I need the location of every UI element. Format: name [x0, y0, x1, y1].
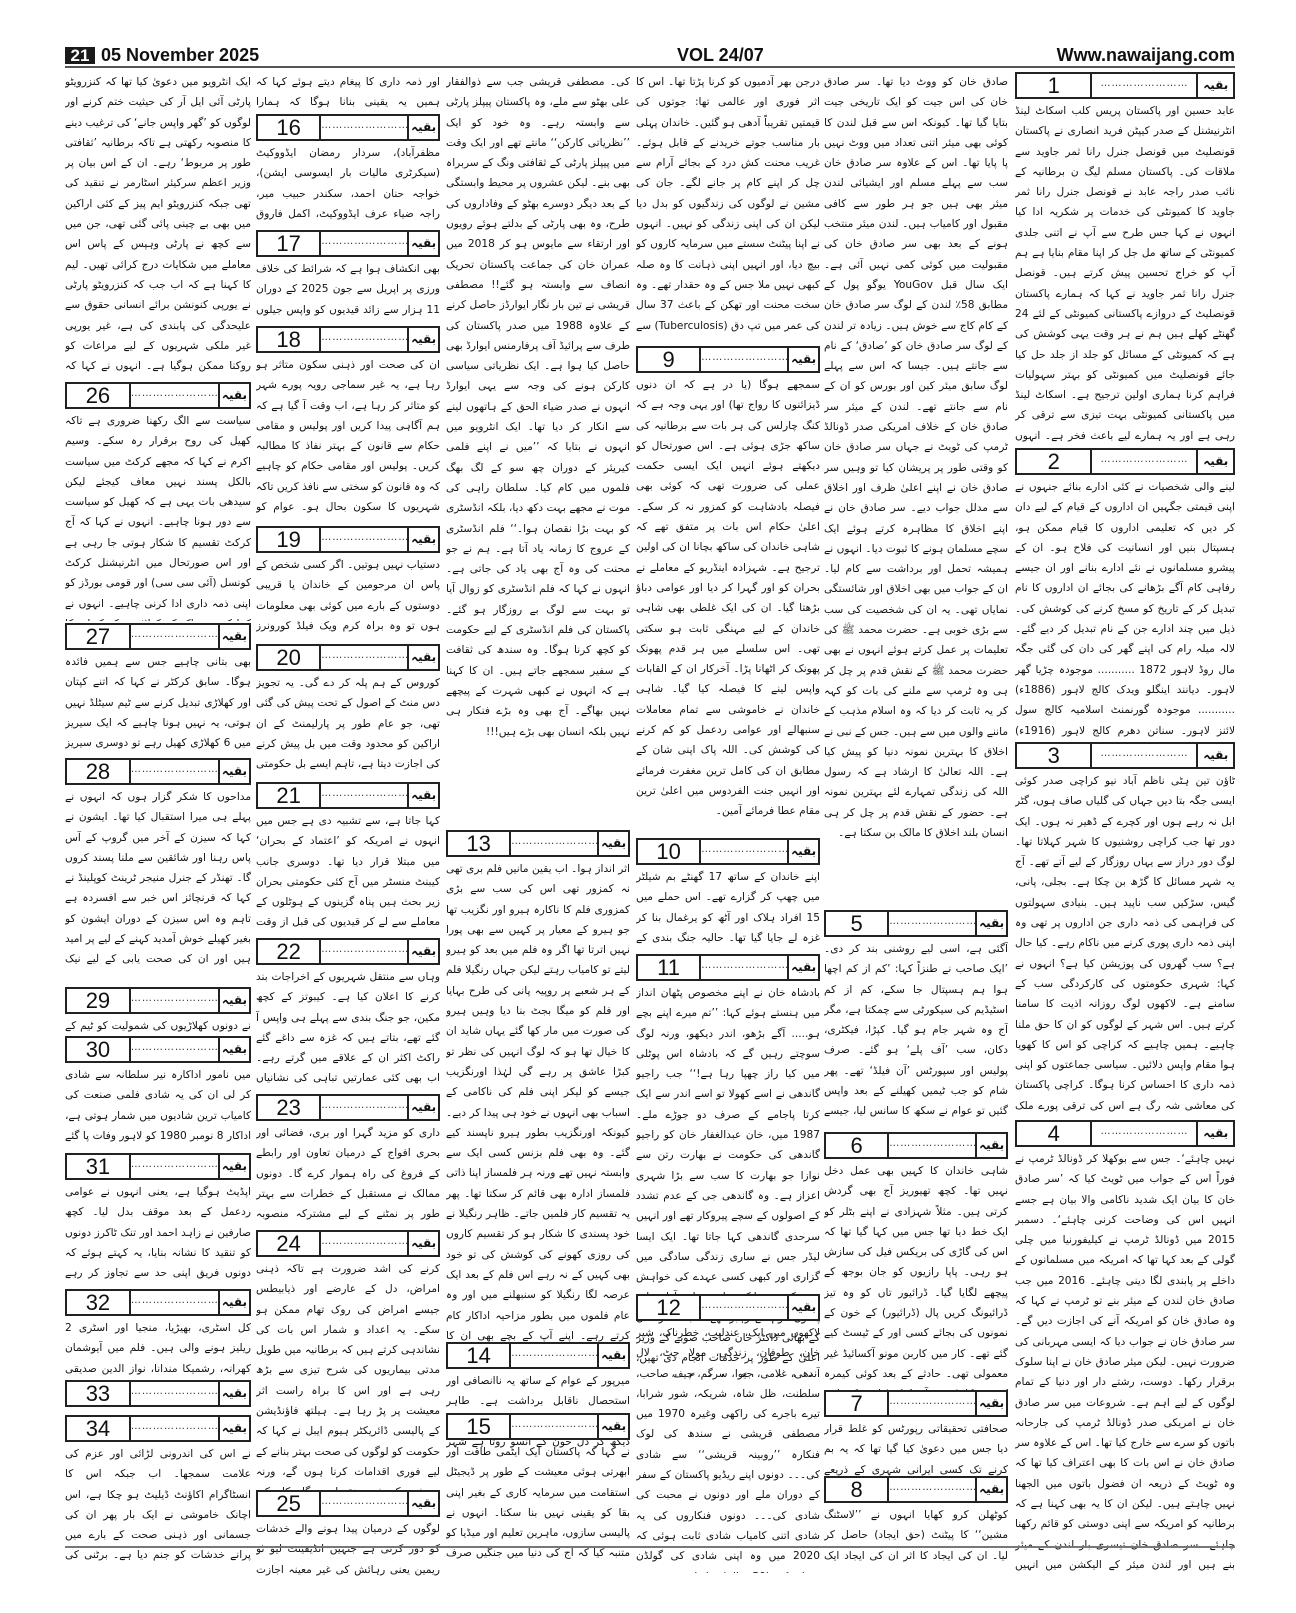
column-3: کی۔ مصطفی قریشی جب سے ذوالفقار علی بھٹو … [446, 70, 630, 1540]
article-text: ان کی صحت اور ذہنی سکون متاثر ہو رہا ہے،… [256, 355, 440, 521]
dotted-line: …………………… [321, 1096, 409, 1119]
dotted-line: …………………… [321, 328, 409, 351]
continued-label: بقیہ [789, 956, 818, 979]
continued-box-5: 5……………………بقیہ [824, 910, 1008, 937]
continued-box-30: 30……………………بقیہ [65, 1036, 251, 1063]
article-text: اثر انداز ہوا۔ اب یقین مانیں فلم بری تھی… [446, 859, 630, 1343]
continued-number: 22 [258, 940, 321, 963]
continued-label: بقیہ [220, 989, 249, 1012]
continued-box-9: 9……………………بقیہ [636, 346, 820, 373]
continued-box-15: 15……………………بقیہ [446, 1413, 630, 1440]
dotted-line: …………………… [511, 832, 599, 855]
article-text: صحافتی تحقیقاتی رپورٹس کو غلط قرار دیا ج… [824, 1419, 1008, 1481]
continued-label: بقیہ [977, 912, 1006, 935]
continued-box-20: 20……………………بقیہ [256, 644, 440, 671]
continued-label: بقیہ [789, 1296, 818, 1319]
article-text: اور ذمہ داری کا پیغام دیتے ہوئے کہا کہ ہ… [256, 72, 440, 112]
continued-box-1: 1……………………بقیہ [1015, 72, 1235, 99]
continued-label: بقیہ [977, 1392, 1006, 1415]
continued-box-4: 4……………………بقیہ [1015, 1120, 1235, 1147]
continued-number: 8 [826, 1478, 889, 1501]
column-2: اور ذمہ داری کا پیغام دیتے ہوئے کہا کہ ہ… [256, 70, 440, 1540]
continued-box-7: 7……………………بقیہ [824, 1390, 1008, 1417]
article-text: دستیاب نہیں ہوتیں۔ اگر کسی شخص کے پاس ان… [256, 555, 440, 639]
continued-label: بقیہ [220, 1417, 249, 1440]
article-text: ٹاؤن تین ہٹی ناظم آباد نیو کراچی صدر کوئ… [1015, 771, 1235, 1113]
continued-label: بقیہ [599, 832, 628, 855]
continued-box-12: 12……………………بقیہ [636, 1294, 820, 1321]
continued-box-33: 33……………………بقیہ [65, 1380, 251, 1407]
dotted-line: …………………… [701, 1296, 789, 1319]
continued-label: بقیہ [220, 1155, 249, 1178]
continued-label: بقیہ [409, 1492, 438, 1515]
bottom-rule [65, 1546, 1235, 1548]
continued-box-10: 10……………………بقیہ [636, 838, 820, 865]
dotted-line: …………………… [1092, 74, 1198, 97]
continued-number: 16 [258, 116, 321, 139]
dotted-line: …………………… [1092, 744, 1198, 767]
dotted-line: …………………… [321, 232, 409, 255]
continued-number: 29 [67, 989, 131, 1012]
continued-number: 17 [258, 232, 321, 255]
continued-number: 26 [67, 384, 131, 407]
article-text: سیاست سے الگ رکھنا ضروری ہے تاکہ کھیل کی… [65, 411, 251, 621]
continued-box-8: 8……………………بقیہ [824, 1476, 1008, 1503]
continued-box-6: 6……………………بقیہ [824, 1132, 1008, 1159]
article-text: کہا جاتا ہے، سے تشبیہ دی ہے جس میں انہوں… [256, 811, 440, 935]
dotted-line: …………………… [889, 912, 977, 935]
continued-label: بقیہ [789, 840, 818, 863]
article-text: مظفرآباد)، سردار رمضان ایڈووکیٹ (سیکرٹری… [256, 143, 440, 227]
continued-label: بقیہ [977, 1478, 1006, 1501]
continued-box-32: 32……………………بقیہ [65, 1289, 251, 1316]
dotted-line: …………………… [131, 1155, 220, 1178]
continued-label: بقیہ [409, 784, 438, 807]
continued-number: 7 [826, 1392, 889, 1415]
continued-box-26: 26……………………بقیہ [65, 382, 251, 409]
article-text: میں نامور اداکارہ نیر سلطانہ سے شادی کر … [65, 1065, 251, 1149]
continued-box-27: 27……………………بقیہ [65, 623, 251, 650]
article-text: کوروس کے ہم پلہ کر دے گی۔ یہ تجویز دس من… [256, 673, 440, 777]
continued-box-2: 2……………………بقیہ [1015, 448, 1235, 475]
dotted-line: …………………… [511, 1344, 599, 1367]
continued-box-17: 17……………………بقیہ [256, 230, 440, 257]
website-link[interactable]: Www.nawaijang.com [1057, 46, 1235, 65]
issue-date: 05 November 2025 [101, 46, 259, 65]
continued-label: بقیہ [1198, 744, 1233, 767]
continued-number: 19 [258, 528, 321, 551]
dotted-line: …………………… [701, 348, 789, 371]
column-1: ایک انٹرویو میں دعویٰ کیا تھا کہ کنزرویٹ… [65, 70, 251, 1540]
article-text: کی۔ مصطفی قریشی جب سے ذوالفقار علی بھٹو … [446, 72, 630, 826]
continued-box-22: 22……………………بقیہ [256, 938, 440, 965]
dotted-line: …………………… [131, 989, 220, 1012]
continued-number: 31 [67, 1155, 131, 1178]
continued-number: 13 [448, 832, 511, 855]
continued-box-28: 28……………………بقیہ [65, 758, 251, 785]
continued-number: 27 [67, 625, 131, 648]
column-4: درجن بھر آدمیوں کو کرنا پڑتا تھا۔ اس کا … [636, 70, 820, 1540]
article-text: کرنے کی اشد ضرورت ہے تاکہ ذہنی امراض، دل… [256, 1259, 440, 1495]
article-text: مداحوں کا شکر گزار ہوں کہ انہوں نے پہلے … [65, 787, 251, 967]
continued-box-25: 25……………………بقیہ [256, 1490, 440, 1517]
dotted-line: …………………… [131, 1417, 220, 1440]
continued-label: بقیہ [1198, 450, 1233, 473]
article-text: لاکھوں میں ایک، عندلیب، خطرناک، شیر خان،… [636, 1323, 820, 1573]
continued-label: بقیہ [220, 625, 249, 648]
dotted-line: …………………… [889, 1392, 977, 1415]
dotted-line: …………………… [131, 1038, 220, 1061]
continued-number: 11 [638, 956, 701, 979]
volume-label: VOL 24/07 [677, 46, 764, 65]
page-number: 21 [65, 47, 95, 64]
article-text: شاہی خاندان کا کہیں بھی عمل دخل نہیں تھا… [824, 1161, 1008, 1395]
continued-box-18: 18……………………بقیہ [256, 326, 440, 353]
article-text: آگئی ہے، اسی لیے روشنی بند کر دی۔ ’ایک ص… [824, 939, 1008, 1125]
article-text: کوٹھلن کرو کھایا انہوں نے ’’لاسٹنگ مشین‘… [824, 1505, 1008, 1567]
dotted-line: …………………… [511, 1415, 599, 1438]
continued-box-21: 21……………………بقیہ [256, 782, 440, 809]
dotted-line: …………………… [321, 646, 409, 669]
dotted-line: …………………… [321, 1492, 409, 1515]
dotted-line: …………………… [701, 840, 789, 863]
continued-label: بقیہ [977, 1134, 1006, 1157]
dotted-line: …………………… [321, 116, 409, 139]
continued-box-16: 16……………………بقیہ [256, 114, 440, 141]
continued-label: بقیہ [599, 1344, 628, 1367]
dotted-line: …………………… [131, 760, 220, 783]
dotted-line: …………………… [1092, 450, 1198, 473]
continued-box-29: 29……………………بقیہ [65, 987, 251, 1014]
continued-number: 18 [258, 328, 321, 351]
continued-label: بقیہ [220, 760, 249, 783]
article-text: اپنے خاندان کے ساتھ 17 گھنٹے بم شیلٹر می… [636, 867, 820, 951]
dotted-line: …………………… [131, 625, 220, 648]
article-text: صادق خان کو ووٹ دیا تھا۔ سر صادق خان کی … [824, 72, 1008, 892]
continued-label: بقیہ [409, 1096, 438, 1119]
continued-label: بقیہ [220, 384, 249, 407]
continued-number: 15 [448, 1415, 511, 1438]
continued-number: 10 [638, 840, 701, 863]
continued-number: 34 [67, 1417, 131, 1440]
article-text: ایک انٹرویو میں دعویٰ کیا تھا کہ کنزرویٹ… [65, 72, 251, 380]
continued-box-3: 3……………………بقیہ [1015, 742, 1235, 769]
continued-number: 32 [67, 1291, 131, 1314]
continued-number: 33 [67, 1382, 131, 1405]
dotted-line: …………………… [321, 528, 409, 551]
dotted-line: …………………… [131, 1382, 220, 1405]
article-text: درجن بھر آدمیوں کو کرنا پڑتا تھا۔ اس کا … [636, 72, 820, 332]
continued-number: 14 [448, 1344, 511, 1367]
continued-label: بقیہ [409, 328, 438, 351]
article-text: لوگوں کے درمیان پیدا ہونے والے خدشات کو … [256, 1519, 440, 1581]
dotted-line: …………………… [321, 784, 409, 807]
continued-number: 20 [258, 646, 321, 669]
continued-label: بقیہ [409, 1232, 438, 1255]
continued-label: بقیہ [220, 1038, 249, 1061]
article-text: لینے والی شخصیات نے کئی ادارے بنائے جنہو… [1015, 477, 1235, 741]
column-5: صادق خان کو ووٹ دیا تھا۔ سر صادق خان کی … [824, 70, 1008, 1540]
article-text: کل اسٹری، بھیڑیا، منجیا اور اسٹری 2 ریلی… [65, 1318, 251, 1380]
column-6: 1……………………بقیہ عابد حسین اور پاکستان پریس… [1015, 70, 1235, 1540]
article-text: عابد حسین اور پاکستان پریس کلب اسکاٹ لین… [1015, 101, 1235, 443]
continued-label: بقیہ [409, 940, 438, 963]
page-header: 21 05 November 2025 VOL 24/07 Www.nawaij… [65, 46, 1235, 68]
continued-number: 25 [258, 1492, 321, 1515]
dotted-line: …………………… [889, 1478, 977, 1501]
continued-box-14: 14……………………بقیہ [446, 1342, 630, 1369]
continued-box-34: 34……………………بقیہ [65, 1415, 251, 1442]
continued-number: 12 [638, 1296, 701, 1319]
continued-number: 23 [258, 1096, 321, 1119]
article-text: نہیں چاہئے‘۔ جس سے بوکھلا کر ڈونالڈ ٹرمپ… [1015, 1149, 1235, 1573]
article-text: سمجھے ہوگا (یا در ہے کہ ان دنوں ڈیزائنوں… [636, 375, 820, 835]
continued-label: بقیہ [599, 1415, 628, 1438]
dotted-line: …………………… [321, 940, 409, 963]
continued-number: 24 [258, 1232, 321, 1255]
dotted-line: …………………… [889, 1134, 977, 1157]
article-text: وہاں سے منتقل شہریوں کے اخراجات بند کرنے… [256, 967, 440, 1091]
continued-box-11: 11……………………بقیہ [636, 954, 820, 981]
continued-number: 3 [1017, 744, 1092, 767]
continued-number: 5 [826, 912, 889, 935]
continued-box-19: 19……………………بقیہ [256, 526, 440, 553]
article-text: نے اس کی اندرونی لڑائی اور عزم کی علامت … [65, 1444, 251, 1568]
continued-number: 2 [1017, 450, 1092, 473]
continued-number: 21 [258, 784, 321, 807]
continued-label: بقیہ [1198, 74, 1233, 97]
article-text: بھی انکشاف ہوا ہے کہ شرائط کی خلاف ورزی … [256, 259, 440, 321]
continued-label: بقیہ [220, 1382, 249, 1405]
continued-label: بقیہ [409, 528, 438, 551]
article-text: داری کو مزید گہرا اور بری، فضائی اور بحر… [256, 1123, 440, 1227]
dotted-line: …………………… [1092, 1122, 1198, 1145]
continued-box-13: 13……………………بقیہ [446, 830, 630, 857]
dotted-line: …………………… [321, 1232, 409, 1255]
article-text: نے دونوں کھلاڑیوں کی شمولیت کو ٹیم کے لی… [65, 1016, 251, 1036]
continued-box-24: 24……………………بقیہ [256, 1230, 440, 1257]
continued-number: 9 [638, 348, 701, 371]
continued-box-31: 31……………………بقیہ [65, 1153, 251, 1180]
continued-label: بقیہ [409, 116, 438, 139]
continued-box-23: 23……………………بقیہ [256, 1094, 440, 1121]
dotted-line: …………………… [131, 1291, 220, 1314]
continued-number: 6 [826, 1134, 889, 1157]
continued-number: 1 [1017, 74, 1092, 97]
dotted-line: …………………… [131, 384, 220, 407]
continued-label: بقیہ [1198, 1122, 1233, 1145]
continued-label: بقیہ [409, 232, 438, 255]
continued-label: بقیہ [789, 348, 818, 371]
continued-label: بقیہ [220, 1291, 249, 1314]
continued-number: 30 [67, 1038, 131, 1061]
article-text: اپڈیٹ ہوگیا ہے، یعنی انہوں نے عوامی ردعم… [65, 1182, 251, 1286]
dotted-line: …………………… [701, 956, 789, 979]
continued-number: 28 [67, 760, 131, 783]
continued-number: 4 [1017, 1122, 1092, 1145]
article-text: بھی بتانی چاہیے جس سے ہمیں فائدہ ہوگا۔ س… [65, 652, 251, 752]
continued-label: بقیہ [409, 646, 438, 669]
